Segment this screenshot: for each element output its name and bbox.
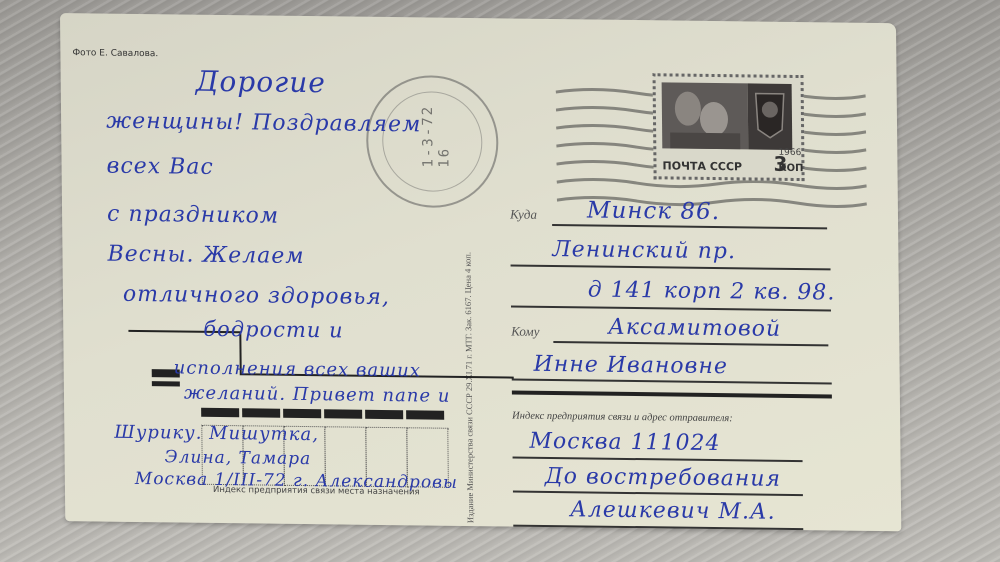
- message-line: бодрости и: [203, 317, 344, 343]
- message-line: Дорогие: [196, 65, 326, 100]
- sender-name: Алешкевич М.А.: [570, 497, 776, 525]
- message-line: с праздником: [107, 202, 279, 229]
- komsomol-badge-icon: [748, 83, 793, 150]
- message-line: женщины! Поздравляем: [106, 109, 421, 138]
- address-line-5: [512, 379, 832, 384]
- recipient-street: Ленинский пр.: [552, 237, 736, 264]
- address-line-3: [511, 306, 831, 311]
- stamp-unit: КОП: [778, 163, 803, 174]
- message-line: отличного здоровья,: [123, 282, 390, 310]
- zip-bar: [406, 410, 444, 419]
- address-line-4: [553, 341, 828, 346]
- to-where-label: Куда: [510, 207, 537, 223]
- sender-city-index: Москва 111024: [529, 429, 720, 456]
- stamp-country: ПОЧТА СССР: [662, 159, 742, 173]
- message-line: Весны. Желаем: [107, 242, 304, 269]
- address-line-1: [552, 224, 827, 229]
- message-line: исполнения всех ваших: [174, 357, 421, 381]
- postage-stamp: ПОЧТА СССР 1966 3 КОП: [653, 73, 805, 181]
- address-divider: [512, 391, 832, 399]
- zip-bar: [365, 410, 403, 419]
- zip-bar: [283, 409, 321, 418]
- postcard: Фото Е. Савалова. 1-3-72 16: [60, 13, 901, 531]
- sender-delivery: До востребования: [545, 464, 782, 492]
- recipient-name: Инне Ивановне: [533, 352, 728, 379]
- sender-line-3: [513, 525, 803, 530]
- stamp-portraits-image: [662, 82, 749, 149]
- zip-bar: [201, 408, 239, 417]
- message-line: Элина, Тамара: [165, 447, 312, 469]
- zip-bar: [324, 409, 362, 418]
- zip-bar: [242, 408, 280, 417]
- postmark-date: 1-3-72 16: [420, 91, 453, 167]
- sender-label: Индекс предприятия связи и адрес отправи…: [512, 411, 733, 425]
- recipient-surname: Аксамитовой: [608, 315, 781, 342]
- zip-marker-2: [152, 381, 180, 386]
- address-line-2: [511, 265, 831, 270]
- publisher-imprint: Издание Министерства связи СССР 29.XI.71…: [462, 252, 475, 523]
- postmark-stamp: 1-3-72 16: [366, 75, 499, 209]
- message-line: желаний. Привет папе и: [184, 383, 451, 407]
- photo-credit: Фото Е. Савалова.: [72, 48, 158, 59]
- message-line: Шурику. Мишутка,: [114, 422, 319, 446]
- sender-line-1: [513, 457, 803, 462]
- recipient-building: д 141 корп 2 кв. 98.: [588, 277, 836, 305]
- recipient-city: Минск 86.: [587, 197, 720, 225]
- message-signature: Москва 1/III-72 г. Александровы: [135, 469, 458, 493]
- message-line: всех Вас: [106, 154, 213, 180]
